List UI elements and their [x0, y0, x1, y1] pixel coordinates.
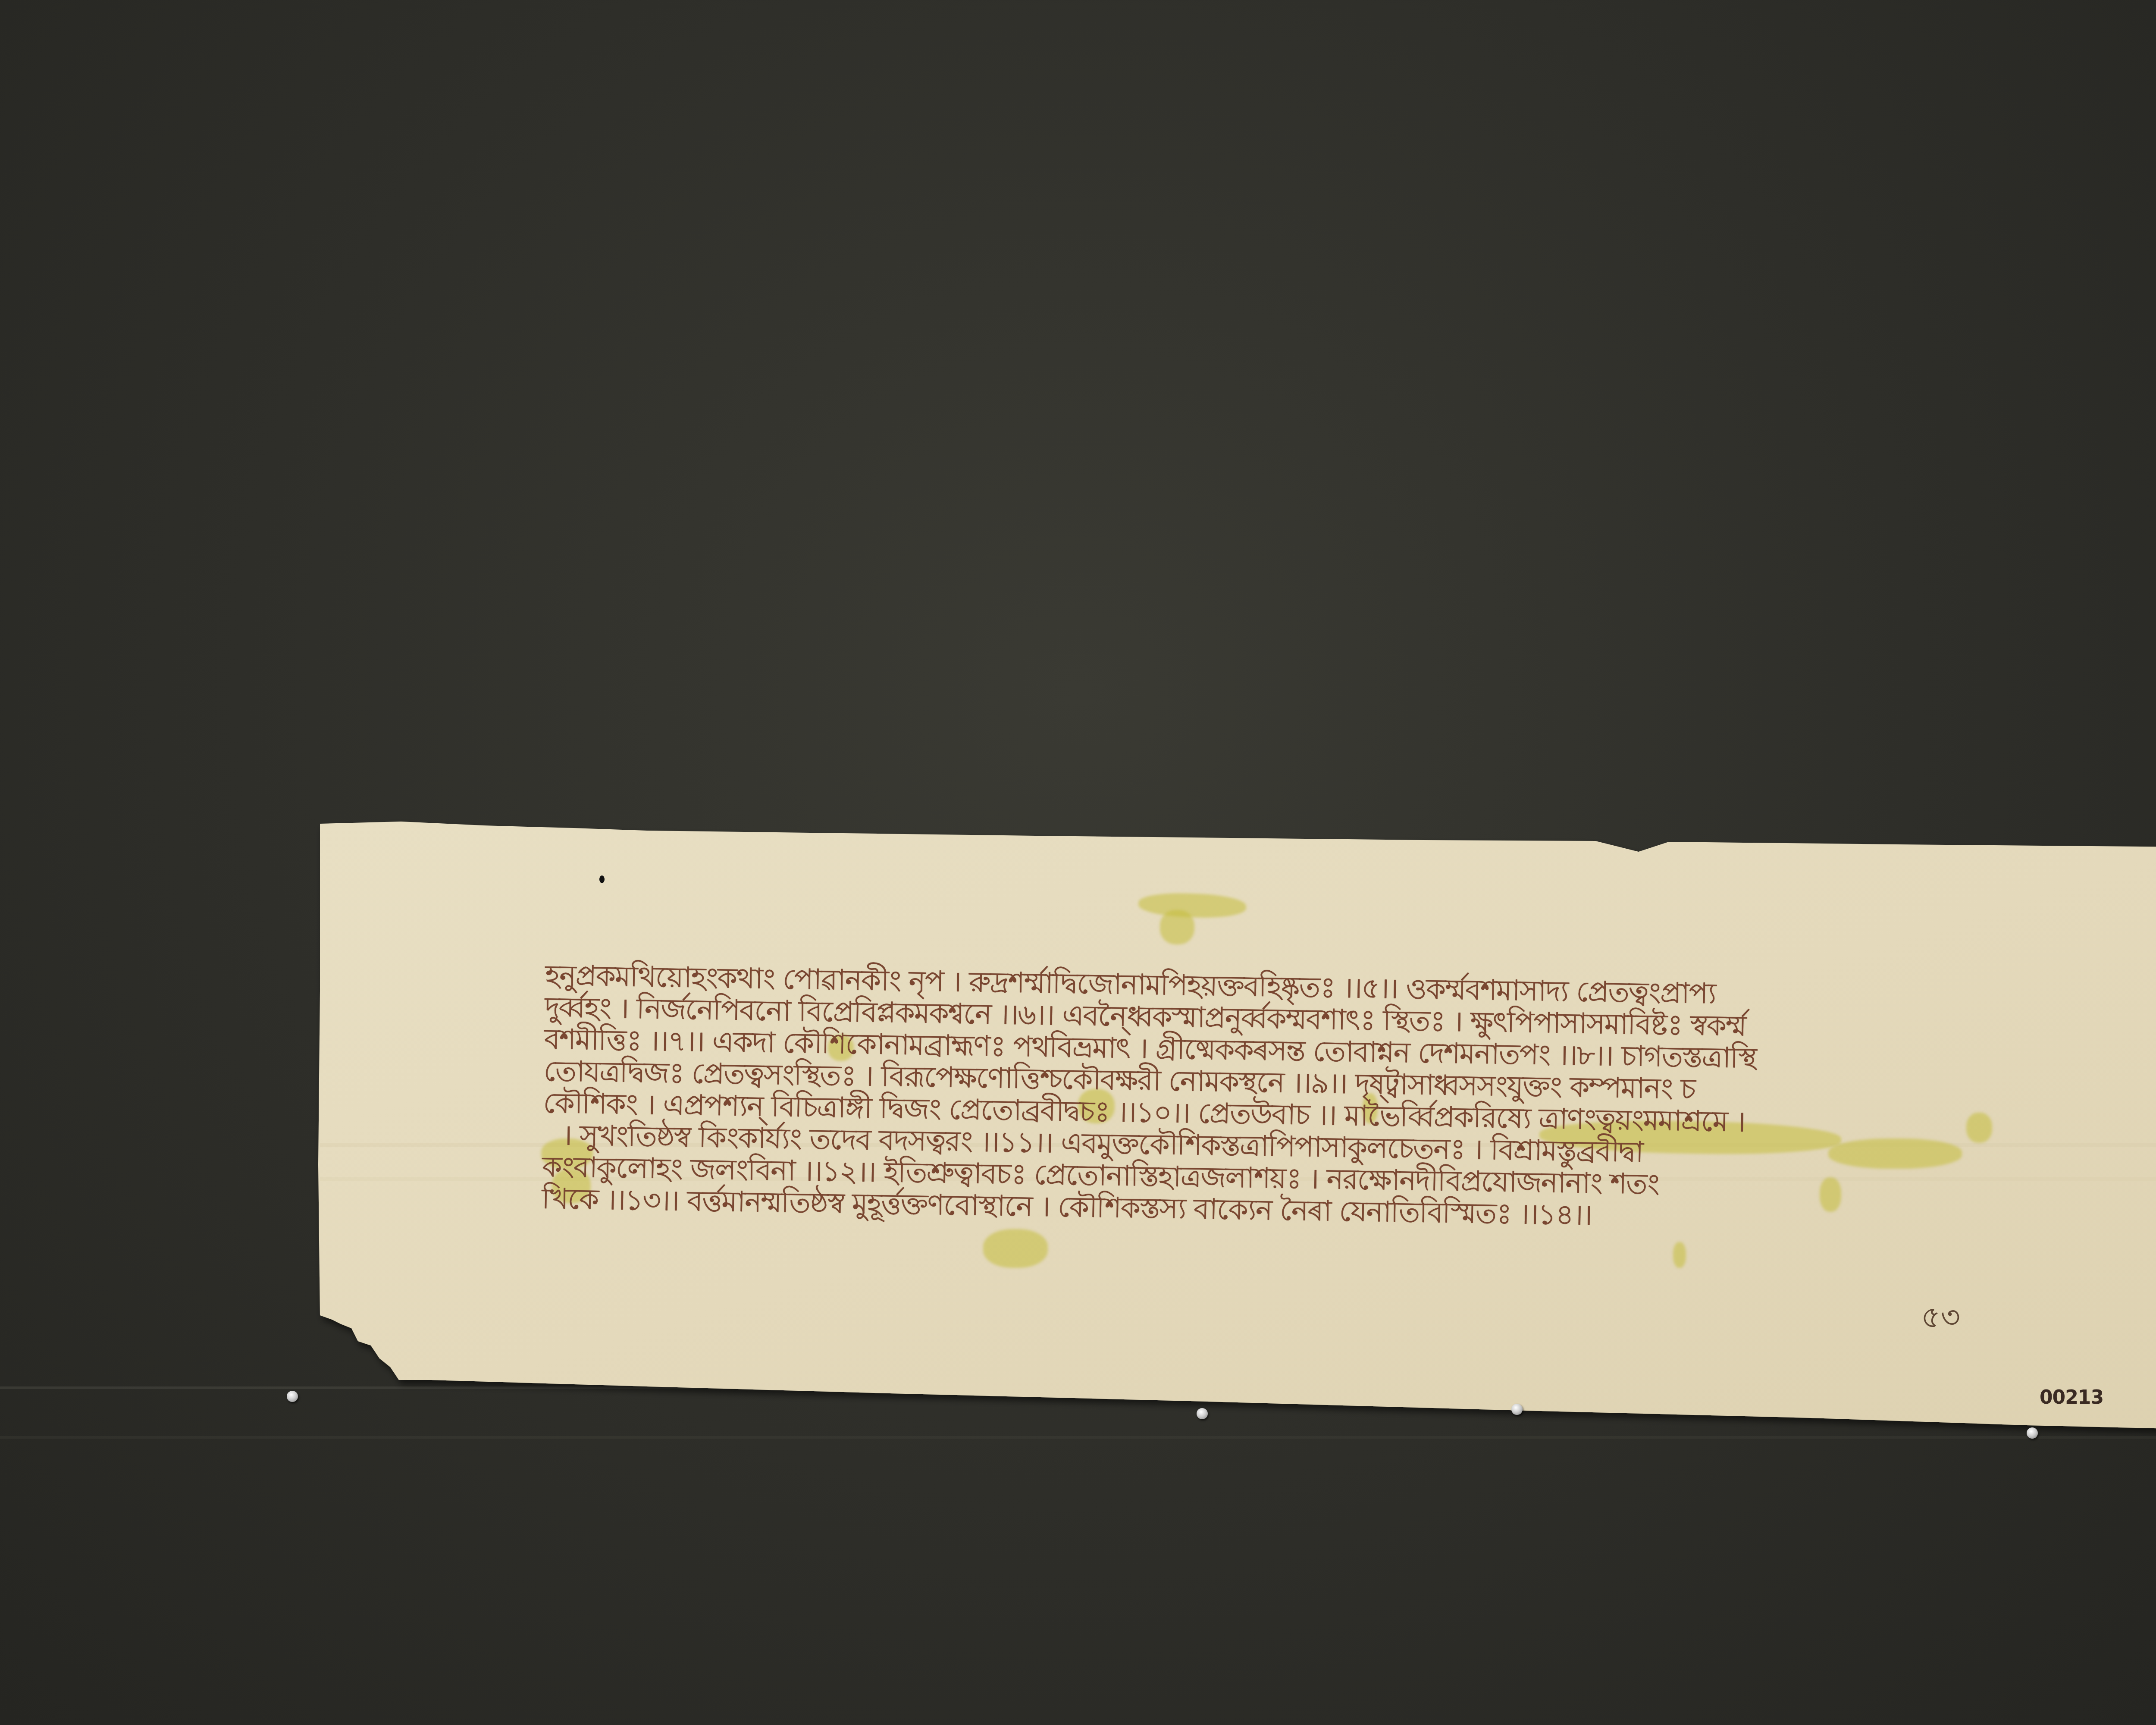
mounting-pin	[1197, 1408, 1208, 1419]
yellow-highlight	[983, 1229, 1048, 1268]
manuscript-text: হনুপ্রকমথিয়োহংকথাং পোৱানকীং নৃপ । রুদ্র…	[542, 960, 2076, 1239]
paper-sheet	[0, 0, 2156, 1725]
ink-dot-mark	[599, 875, 605, 883]
catalog-number: 00213	[2040, 1386, 2103, 1408]
mounting-pin	[2027, 1427, 2038, 1439]
yellow-pigment-mark	[1160, 910, 1194, 944]
yellow-highlight	[1673, 1242, 1686, 1268]
folio-number: ৫৩	[1921, 1294, 1960, 1344]
manuscript-folio: হনুপ্রকমথিয়োহংকথাং পোৱানকীং নৃপ । রুদ্র…	[0, 0, 2156, 1725]
mounting-pin	[287, 1391, 298, 1402]
mounting-pin	[1511, 1404, 1523, 1415]
